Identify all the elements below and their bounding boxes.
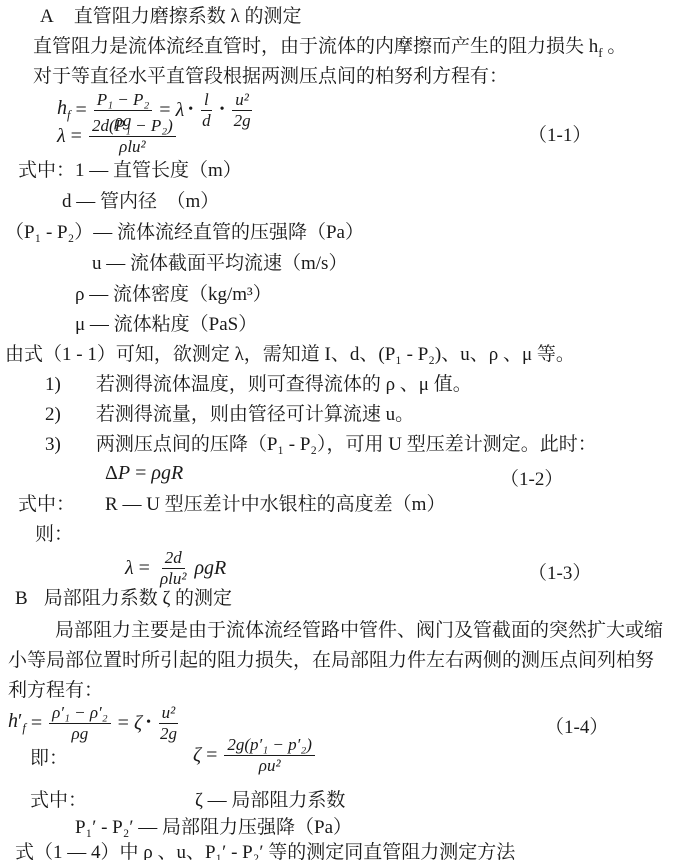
where-prefix: 式中： (30, 790, 87, 811)
where1-line-rho: ρ — 流体密度（kg/m³） (75, 284, 272, 306)
fraction-2d-rholu2: 2d ρlu² (157, 548, 189, 588)
fraction-u2-2g: u² 2g (231, 90, 254, 130)
where3-line-zeta: 式中：ζ — 局部阻力系数 (30, 790, 345, 812)
paragraph-a3: 由式（1 - 1）可知，欲测定 λ，需知道 I、d、(P₁ - P₂)、u、ρ … (5, 344, 575, 366)
paragraph-a2: 对于等直径水平直管段根据两测压点间的柏努利方程有： (33, 66, 508, 88)
where3-line-p: P₁′ - P₂′ — 局部阻力压强降（Pa） (75, 817, 352, 839)
equation-1-2: ΔP=ρgR (105, 462, 183, 485)
multiply-dot-icon: • (146, 715, 151, 731)
paragraph-b-line3: 利方程有： (8, 680, 103, 702)
equation-1-4-row2: ζ = 2g(p′₁ − p′₂) ρu² (193, 735, 317, 775)
ji-label: 即： (30, 748, 68, 770)
equation-1-4-row1: h′f = ρ′₁ − ρ′₂ ρg = ζ • u² 2g (8, 703, 182, 743)
where1-line-d: d — 管内径 （m） (62, 191, 219, 213)
then-label: 则： (35, 524, 73, 546)
fraction-l-d: l d (199, 90, 214, 130)
list-item-2: 2)若测得流量，则由管径可计算流速 u。 (45, 404, 414, 426)
section-b-heading: B局部阻力系数 ζ 的测定 (15, 588, 232, 610)
item-number: 3) (45, 434, 61, 455)
multiply-dot-icon: • (188, 102, 193, 118)
section-a-title: 直管阻力磨擦系数 λ 的测定 (74, 6, 302, 28)
equation-number-1-4: （1-4） (545, 712, 608, 739)
where1-line-mu: μ — 流体粘度（PaS） (75, 314, 257, 336)
closing-paragraph: 式（1 — 4）中 ρ 、u、P₁′ - P₂′ 等的测定同直管阻力测定方法 (15, 842, 515, 860)
item-number: 2) (45, 404, 61, 425)
equation-1-1-row2: λ = 2d(P₁ − P₂) ρlu² (57, 116, 178, 156)
section-a-heading: A直管阻力磨擦系数 λ 的测定 (40, 6, 301, 28)
list-item-1: 1)若测得流体温度，则可查得流体的 ρ 、μ 值。 (45, 374, 472, 396)
equation-number-1-1: （1-1） (528, 120, 591, 147)
where1-line-p: （P₁ - P₂）— 流体流经直管的压强降（Pa） (5, 222, 364, 244)
section-a-label: A (40, 6, 54, 27)
section-b-title: 局部阻力系数 ζ 的测定 (44, 588, 232, 610)
where2-line: 式中：R — U 型压差计中水银柱的高度差（m） (18, 494, 445, 516)
where1-line-l: 式中：1 — 直管长度（m） (18, 160, 242, 182)
fraction-2g-p1p2-rhou2: 2g(p′₁ − p′₂) ρu² (224, 735, 315, 775)
fraction-rho1rho2-rhog: ρ′₁ − ρ′₂ ρg (49, 703, 111, 743)
equation-1-3: λ = 2d ρlu² ρgR (125, 548, 226, 588)
where-prefix: 式中： (18, 160, 75, 181)
paragraph-b-line1: 局部阻力主要是由于流体流经管路中管件、阀门及管截面的突然扩大或缩 (55, 620, 663, 642)
fraction-2d-p1p2-rholu2: 2d(P₁ − P₂) ρlu² (89, 116, 176, 156)
equation-number-1-2: （1-2） (500, 464, 563, 491)
where-prefix: 式中： (18, 494, 75, 515)
where1-line-u: u — 流体截面平均流速（m/s） (92, 253, 347, 275)
section-b-label: B (15, 588, 28, 609)
item-number: 1) (45, 374, 61, 395)
equation-number-1-3: （1-3） (528, 558, 591, 585)
paragraph-a1: 直管阻力是流体流经直管时，由于流体的内摩擦而产生的阻力损失 hf 。 (33, 36, 626, 64)
document-page: A直管阻力磨擦系数 λ 的测定 直管阻力是流体流经直管时，由于流体的内摩擦而产生… (0, 0, 686, 860)
list-item-3: 3)两测压点间的压降（P₁ - P₂），可用 U 型压差计测定。此时： (45, 434, 597, 456)
fraction-u2-2g: u² 2g (157, 703, 180, 743)
paragraph-b-line2: 小等局部位置时所引起的阻力损失，在局部阻力件左右两侧的测压点间列柏努 (8, 650, 654, 672)
multiply-dot-icon: • (220, 102, 225, 118)
